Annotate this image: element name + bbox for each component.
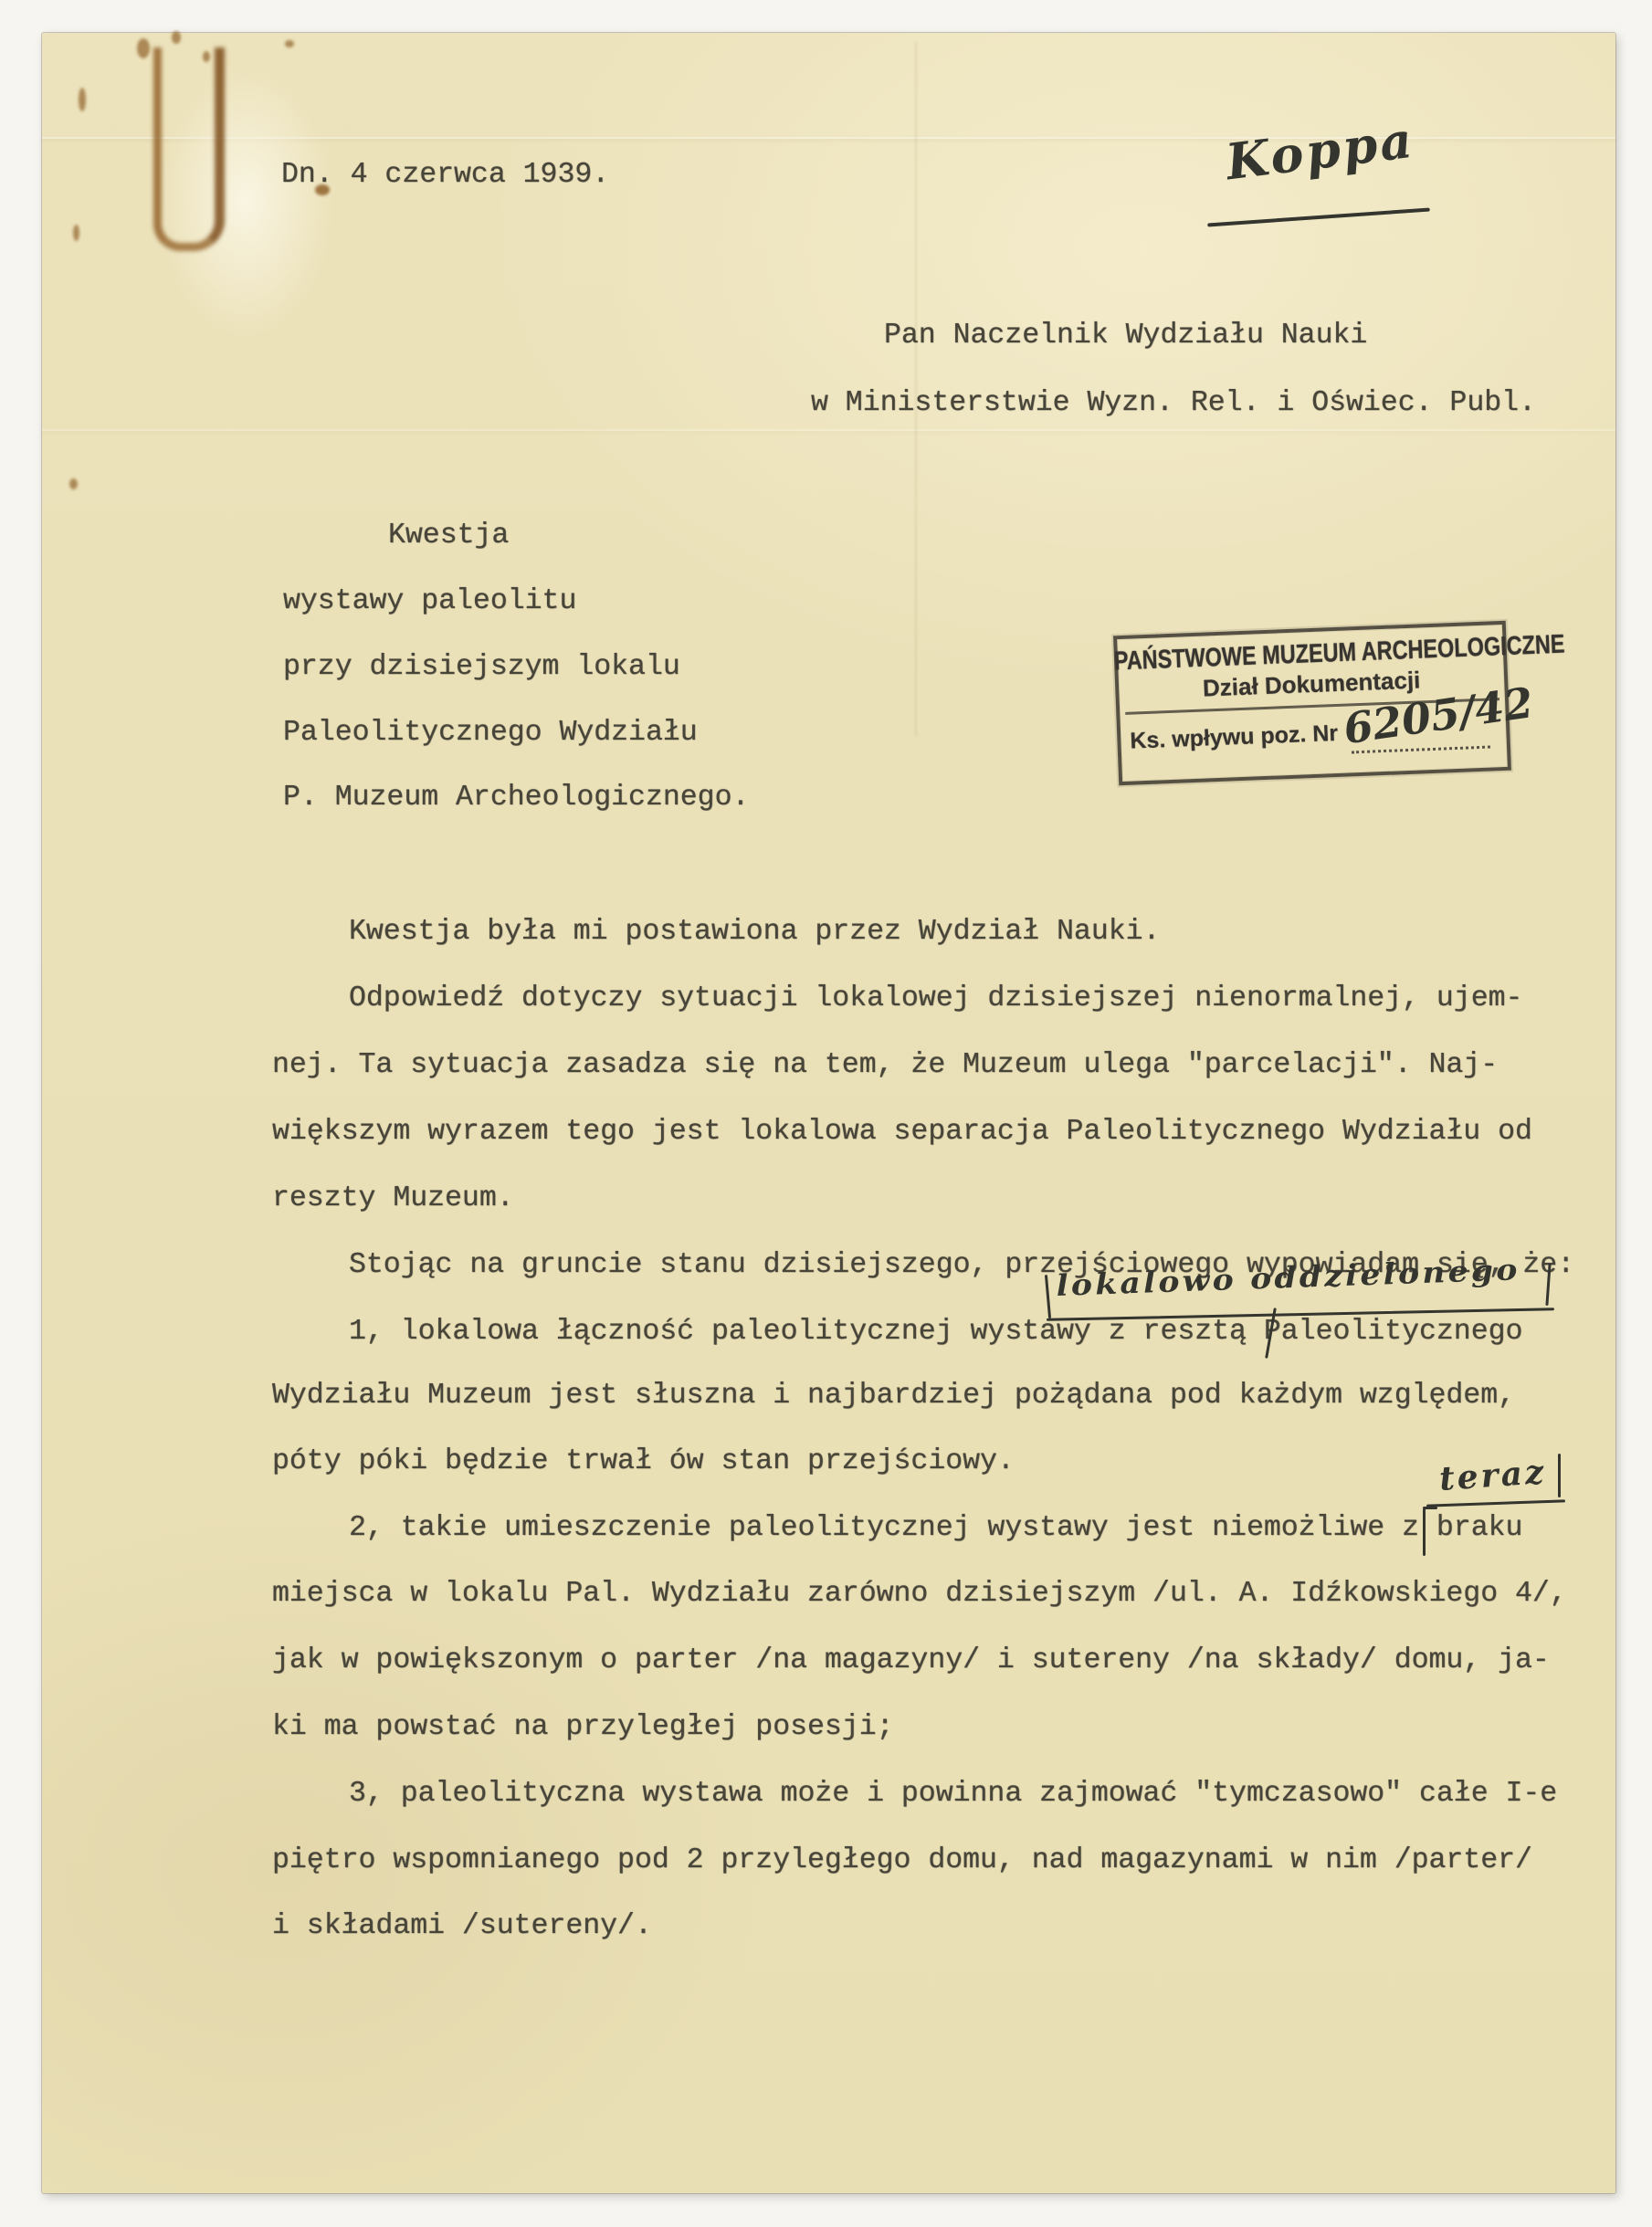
body-line: 2, takie umieszczenie paleolitycznej wys… — [349, 1514, 1522, 1543]
subject-line-1: Kwestja — [388, 521, 509, 551]
addressee-line-2: w Ministerstwie Wyzn. Rel. i Oświec. Pub… — [811, 389, 1536, 418]
horizontal-crease — [42, 429, 1615, 431]
stamp-register-label: Ks. wpływu poz. Nr — [1130, 720, 1339, 755]
handwritten-insert-2: teraz — [1438, 1455, 1548, 1496]
insert-2-end-tick — [1558, 1454, 1561, 1497]
rust-speck — [137, 38, 150, 58]
body-line: miejsca w lokalu Pal. Wydziału zarówno d… — [272, 1580, 1567, 1609]
body-line: nej. Ta sytuacja zasadza się na tem, że … — [272, 1051, 1498, 1080]
body-line: reszty Muzeum. — [272, 1184, 514, 1213]
body-line: 3, paleolityczna wystawa może i powinna … — [349, 1780, 1557, 1809]
insert-2-bracket-vertical — [1423, 1508, 1426, 1556]
body-line: piętro wspomnianego pod 2 przyległego do… — [272, 1846, 1532, 1875]
body-line: większym wyrazem tego jest lokalowa sepa… — [272, 1118, 1532, 1147]
body-line: i składami /sutereny/. — [272, 1912, 652, 1941]
rust-speck — [203, 51, 210, 62]
paperclip-rust-stain — [153, 47, 225, 251]
rust-speck — [79, 88, 86, 111]
date-line: Dn. 4 czerwca 1939. — [281, 161, 609, 190]
subject-line-5: P. Muzeum Archeologicznego. — [283, 783, 749, 813]
body-line: póty póki będzie trwał ów stan przejścio… — [272, 1447, 1015, 1476]
body-line: Odpowiedź dotyczy sytuacji lokalowej dzi… — [349, 984, 1522, 1014]
rust-speck — [69, 478, 78, 489]
insert-2-bracket-horizontal — [1423, 1507, 1437, 1509]
museum-stamp: PAŃSTWOWE MUZEUM ARCHEOLOGICZNE Dział Do… — [1113, 621, 1511, 785]
body-line: ki ma powstać na przyległej posesji; — [272, 1713, 894, 1742]
body-line: Kwestja była mi postawiona przez Wydział… — [349, 918, 1160, 947]
body-line: 1, lokalowa łączność paleolitycznej wyst… — [349, 1318, 1522, 1347]
body-line: jak w powiększonym o parter /na magazyny… — [272, 1646, 1550, 1676]
rust-speck — [73, 225, 79, 241]
subject-line-3: przy dzisiejszym lokalu — [283, 653, 680, 682]
subject-line-4: Paleolitycznego Wydziału — [283, 719, 698, 748]
rust-speck — [172, 31, 181, 44]
addressee-line-1: Pan Naczelnik Wydziału Nauki — [884, 321, 1367, 351]
scanned-letter-page: { "page": { "background_color": "#f6f5f1… — [0, 0, 1652, 2227]
rust-speck — [285, 40, 294, 47]
body-line: Wydziału Muzeum jest słuszna i najbardzi… — [272, 1381, 1515, 1411]
subject-line-2: wystawy paleolitu — [283, 587, 576, 616]
